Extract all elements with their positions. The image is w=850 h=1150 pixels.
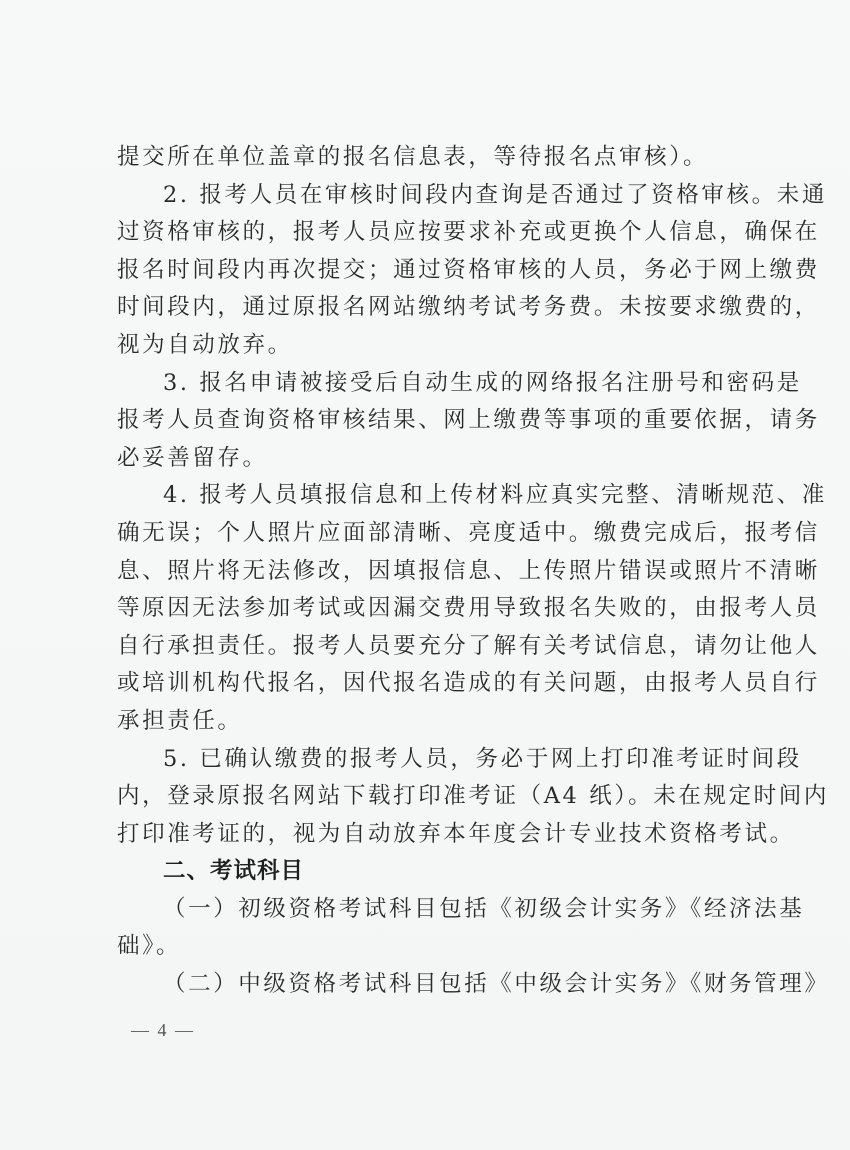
text-line: 5. 已确认缴费的报考人员，务必于网上打印准考证时间段 (117, 741, 757, 779)
text-line: 3. 报名申请被接受后自动生成的网络报名注册号和密码是 (117, 365, 757, 403)
text-line: 4. 报考人员填报信息和上传材料应真实完整、清晰规范、准 (117, 477, 757, 515)
text-line: 础》。 (117, 928, 757, 966)
text-line: （二）中级资格考试科目包括《中级会计实务》《财务管理》 (117, 966, 757, 1004)
text-line: 内，登录原报名网站下载打印准考证（A4 纸）。未在规定时间内 (117, 778, 757, 816)
text-line: （一）初级资格考试科目包括《初级会计实务》《经济法基 (117, 891, 757, 929)
text-line: 或培训机构代报名，因代报名造成的有关问题，由报考人员自行 (117, 665, 757, 703)
text-line: 时间段内，通过原报名网站缴纳考试考务费。未按要求缴费的， (117, 289, 757, 327)
text-line: 自行承担责任。报考人员要充分了解有关考试信息，请勿让他人 (117, 628, 757, 666)
text-line: 提交所在单位盖章的报名信息表，等待报名点审核）。 (117, 139, 757, 177)
page-number: — 4 — (131, 1020, 195, 1041)
text-line: 打印准考证的，视为自动放弃本年度会计专业技术资格考试。 (117, 816, 757, 854)
document-page: 提交所在单位盖章的报名信息表，等待报名点审核）。 2. 报考人员在审核时间段内查… (0, 0, 850, 1150)
text-line: 过资格审核的，报考人员应按要求补充或更换个人信息，确保在 (117, 214, 757, 252)
text-line: 报名时间段内再次提交；通过资格审核的人员，务必于网上缴费 (117, 252, 757, 290)
text-line: 必妥善留存。 (117, 440, 757, 478)
text-line: 确无误；个人照片应面部清晰、亮度适中。缴费完成后，报考信 (117, 515, 757, 553)
text-line: 2. 报考人员在审核时间段内查询是否通过了资格审核。未通 (117, 177, 757, 215)
text-line: 视为自动放弃。 (117, 327, 757, 365)
document-body: 提交所在单位盖章的报名信息表，等待报名点审核）。 2. 报考人员在审核时间段内查… (117, 139, 757, 1004)
section-heading: 二、考试科目 (117, 853, 757, 891)
text-line: 报考人员查询资格审核结果、网上缴费等事项的重要依据，请务 (117, 402, 757, 440)
text-line: 等原因无法参加考试或因漏交费用导致报名失败的，由报考人员 (117, 590, 757, 628)
text-line: 承担责任。 (117, 703, 757, 741)
text-line: 息、照片将无法修改，因填报信息、上传照片错误或照片不清晰 (117, 553, 757, 591)
